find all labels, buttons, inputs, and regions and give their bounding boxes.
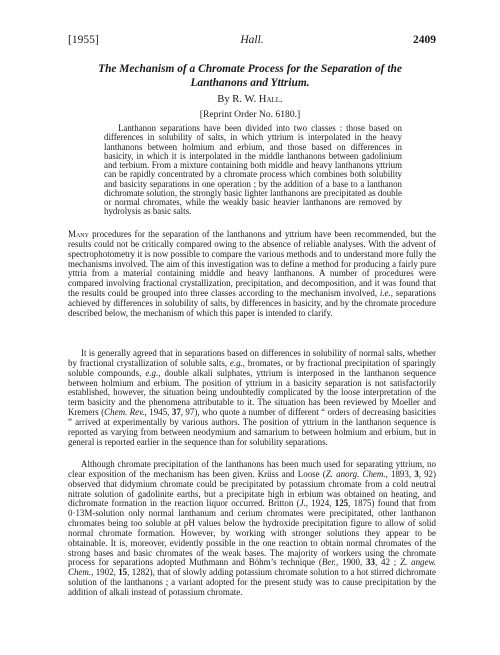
citation-year: , 1893, bbox=[386, 469, 415, 479]
page-number: 2409 bbox=[413, 34, 436, 46]
byline-prefix: By R. W. bbox=[217, 94, 256, 105]
drop-lead-word: Many bbox=[68, 229, 89, 239]
citation-volume: 33 bbox=[366, 557, 375, 567]
citation-volume: 37 bbox=[172, 407, 181, 417]
running-head: [1955] Hall. 2409 bbox=[68, 34, 436, 48]
citation-journal: Z. anorg. Chem. bbox=[326, 469, 386, 479]
citation-year: , 1902, bbox=[91, 567, 118, 577]
body-paragraph-2: It is generally agreed that in separatio… bbox=[68, 349, 436, 447]
running-head-author: Hall. bbox=[68, 34, 436, 46]
journal-page: [1955] Hall. 2409 The Mechanism of a Chr… bbox=[0, 0, 500, 655]
citation-year: , 1924, bbox=[306, 498, 335, 508]
citation-journal: Ber. bbox=[322, 557, 336, 567]
article-title: The Mechanism of a Chromate Process for … bbox=[70, 62, 430, 90]
abstract: Lanthanon separations have been divided … bbox=[104, 124, 402, 217]
citation-volume: 15 bbox=[118, 567, 127, 577]
abbrev-eg: e.g. bbox=[230, 358, 243, 368]
paragraph-text: , 1282) bbox=[127, 567, 152, 577]
citation-volume: 125 bbox=[335, 498, 348, 508]
citation-year: , 1945, bbox=[145, 407, 172, 417]
reprint-order: [Reprint Order No. 6180.] bbox=[0, 109, 500, 120]
body-paragraph-1: Many procedures for the separation of th… bbox=[68, 230, 436, 319]
abbrev-eg: e.g. bbox=[145, 368, 158, 378]
byline: By R. W. Hall. bbox=[0, 94, 500, 105]
author-name: Hall. bbox=[259, 94, 283, 105]
abbrev-ie: i.e. bbox=[380, 288, 391, 298]
body-paragraph-3: Although chromate precipitation of the l… bbox=[68, 460, 436, 598]
citation-year: , 1900, bbox=[336, 557, 366, 567]
citation-journal: Chem. Rev. bbox=[104, 407, 144, 417]
paragraph-text: , 42 ; bbox=[375, 557, 400, 567]
